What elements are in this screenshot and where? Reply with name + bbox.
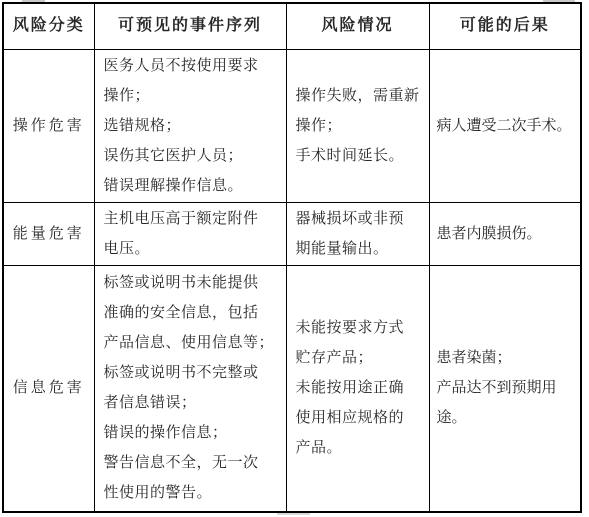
cell-events-operation: 医务人员不按使用要求 操作； 选错规格； 误伤其它医护人员； 错误理解操作信息。	[94, 49, 286, 202]
cell-category-energy: 能量危害	[3, 202, 94, 265]
header-foreseeable-events: 可预见的事件序列	[94, 3, 286, 49]
cell-situation-energy: 器械损坏或非预 期能量输出。	[286, 202, 429, 265]
header-risk-category: 风险分类	[3, 3, 94, 49]
cell-consequence-information: 患者染菌； 产品达不到预期用 途。	[429, 265, 581, 512]
table-row-energy-hazard: 能量危害 主机电压高于额定附件 电压。 器械损坏或非预 期能量输出。 患者内膜损…	[3, 202, 581, 265]
cell-events-energy: 主机电压高于额定附件 电压。	[94, 202, 286, 265]
cell-category-operation: 操作危害	[3, 49, 94, 202]
cell-situation-operation: 操作失败，需重新 操作； 手术时间延长。	[286, 49, 429, 202]
cell-situation-information: 未能按要求方式 贮存产品； 未能按用途正确 使用相应规格的 产品。	[286, 265, 429, 512]
table-row-information-hazard: 信息危害 标签或说明书未能提供 准确的安全信息，包括 产品信息、使用信息等； 标…	[3, 265, 581, 512]
header-possible-consequence: 可能的后果	[429, 3, 581, 49]
cell-consequence-operation: 病人遭受二次手术。	[429, 49, 581, 202]
header-risk-situation: 风险情况	[286, 3, 429, 49]
table-row-operation-hazard: 操作危害 医务人员不按使用要求 操作； 选错规格； 误伤其它医护人员； 错误理解…	[3, 49, 581, 202]
cell-consequence-energy: 患者内膜损伤。	[429, 202, 581, 265]
cell-events-information: 标签或说明书未能提供 准确的安全信息，包括 产品信息、使用信息等； 标签或说明书…	[94, 265, 286, 512]
document-page: 风险分类 可预见的事件序列 风险情况 可能的后果 操作危害 医务人员不按使用要求…	[0, 0, 589, 517]
cell-category-information: 信息危害	[3, 265, 94, 512]
table-header-row: 风险分类 可预见的事件序列 风险情况 可能的后果	[3, 3, 581, 49]
risk-analysis-table: 风险分类 可预见的事件序列 风险情况 可能的后果 操作危害 医务人员不按使用要求…	[2, 2, 582, 513]
